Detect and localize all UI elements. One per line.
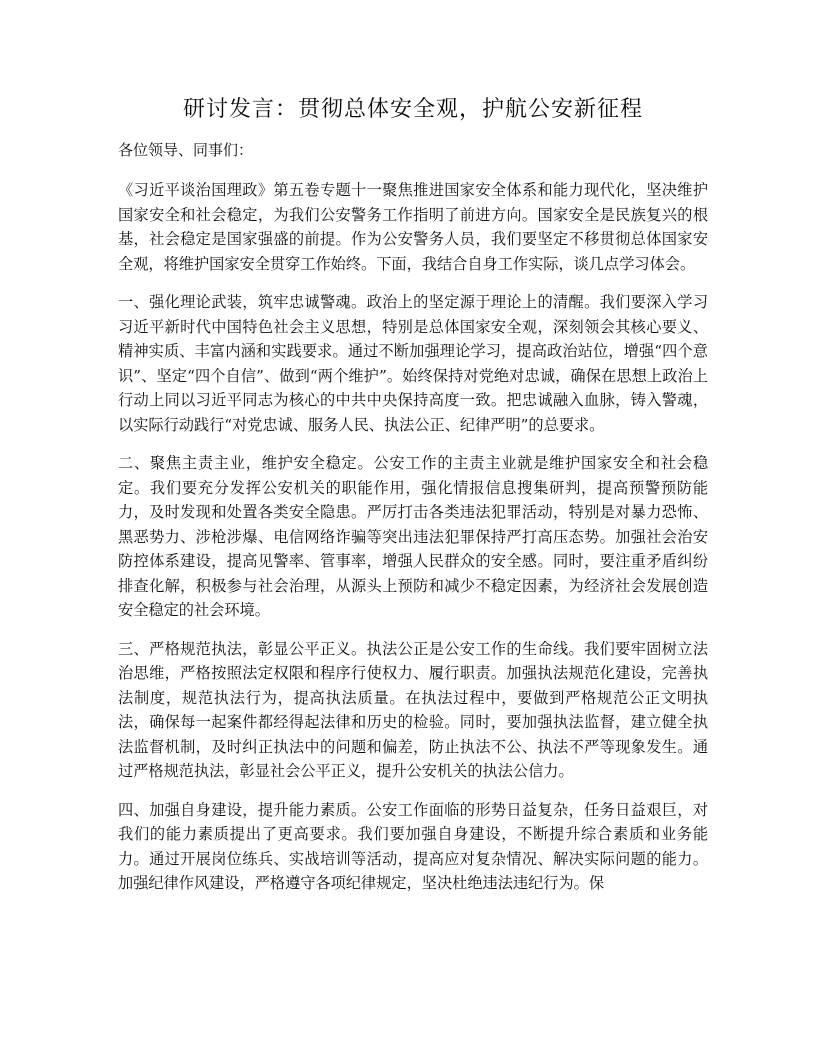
- paragraph-section-2: 二、聚焦主责主业，维护安全稳定。公安工作的主责主业就是维护国家安全和社会稳定。我…: [118, 451, 708, 623]
- paragraph-section-4: 四、加强自身建设，提升能力素质。公安工作面临的形势日益复杂，任务日益艰巨，对我们…: [118, 798, 708, 896]
- paragraph-intro: 《习近平谈治国理政》第五卷专题十一聚焦推进国家安全体系和能力现代化，坚决维护国家…: [118, 178, 708, 276]
- paragraph-section-1: 一、强化理论武装，筑牢忠诚警魂。政治上的坚定源于理论上的清醒。我们要深入学习习近…: [118, 290, 708, 437]
- document-page: 研讨发言：贯彻总体安全观，护航公安新征程 各位领导、同事们： 《习近平谈治国理政…: [118, 94, 708, 910]
- paragraph-section-3: 三、严格规范执法，彰显公平正义。执法公正是公安工作的生命线。我们要牢固树立法治思…: [118, 637, 708, 784]
- greeting: 各位领导、同事们：: [118, 138, 708, 162]
- document-title: 研讨发言：贯彻总体安全观，护航公安新征程: [118, 94, 708, 126]
